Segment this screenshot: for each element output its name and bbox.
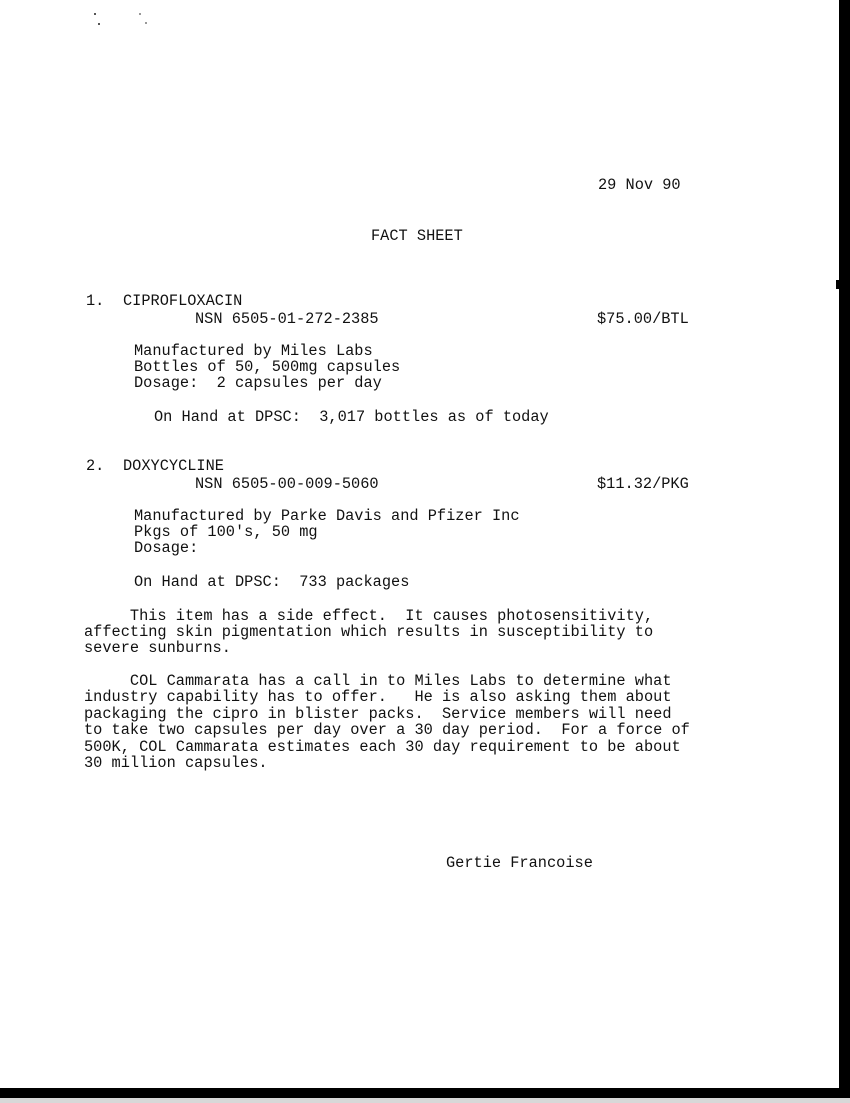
item-manufacturer: Manufactured by Parke Davis and Pfizer I… <box>134 508 520 524</box>
item-manufacturer: Manufactured by Miles Labs <box>134 343 373 359</box>
item-price: $75.00/BTL <box>597 311 689 327</box>
paragraph-line: This item has a side effect. It causes p… <box>84 608 653 624</box>
scan-speck <box>145 22 147 24</box>
item-name: CIPROFLOXACIN <box>123 293 242 309</box>
item-dosage: Dosage: 2 capsules per day <box>134 375 382 391</box>
item-name: DOXYCYCLINE <box>123 458 224 474</box>
paragraph-line: to take two capsules per day over a 30 d… <box>84 722 690 738</box>
signature: Gertie Francoise <box>446 855 593 871</box>
item-on-hand: On Hand at DPSC: 733 packages <box>134 574 409 590</box>
document-page: 29 Nov 90 FACT SHEET 1. CIPROFLOXACIN NS… <box>0 0 850 1103</box>
scan-speck <box>98 23 100 25</box>
scan-border-right <box>839 0 850 1098</box>
item-packaging: Pkgs of 100's, 50 mg <box>134 524 318 540</box>
item-number: 2. <box>86 458 104 474</box>
paragraph-line: severe sunburns. <box>84 640 231 656</box>
item-nsn: NSN 6505-01-272-2385 <box>195 311 379 327</box>
scan-border-underlay <box>0 1098 850 1103</box>
document-title: FACT SHEET <box>371 228 463 244</box>
scan-speck <box>94 13 96 15</box>
item-on-hand: On Hand at DPSC: 3,017 bottles as of tod… <box>154 409 549 425</box>
paragraph-line: packaging the cipro in blister packs. Se… <box>84 706 672 722</box>
paragraph-line: 30 million capsules. <box>84 755 268 771</box>
document-date: 29 Nov 90 <box>598 177 681 193</box>
item-packaging: Bottles of 50, 500mg capsules <box>134 359 400 375</box>
scan-border-bottom <box>0 1088 850 1098</box>
paragraph-line: industry capability has to offer. He is … <box>84 689 672 705</box>
item-nsn: NSN 6505-00-009-5060 <box>195 476 379 492</box>
paragraph-line: 500K, COL Cammarata estimates each 30 da… <box>84 739 681 755</box>
item-dosage: Dosage: <box>134 540 198 556</box>
item-number: 1. <box>86 293 104 309</box>
paragraph-line: affecting skin pigmentation which result… <box>84 624 653 640</box>
scan-speck <box>139 13 141 15</box>
paragraph-line: COL Cammarata has a call in to Miles Lab… <box>84 673 672 689</box>
item-price: $11.32/PKG <box>597 476 689 492</box>
